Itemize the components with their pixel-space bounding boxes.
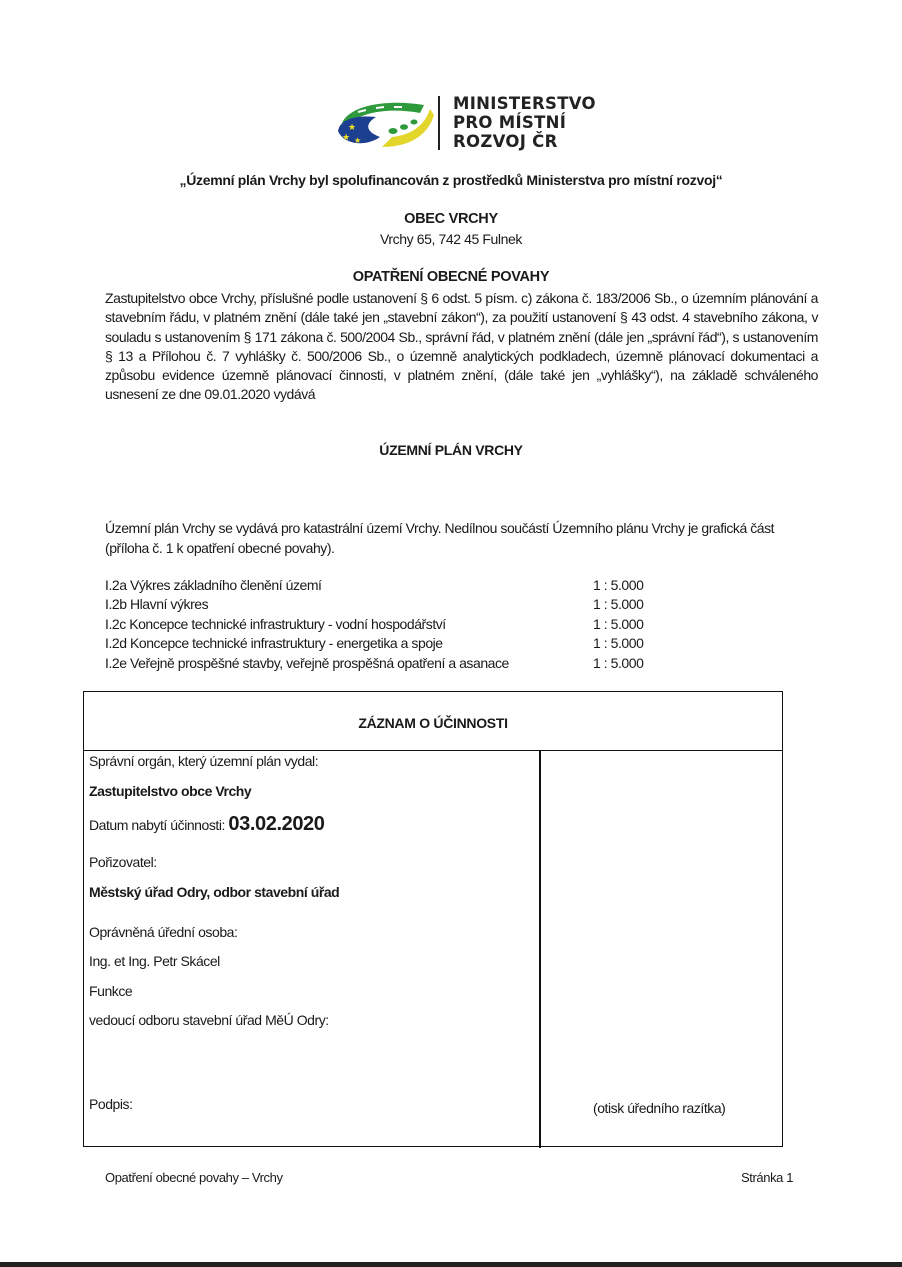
drawing-name: I.2d Koncepce technické infrastruktury -… [105,635,443,651]
function-label: Funkce [89,983,132,999]
drawing-scale: 1 : 5.000 [593,596,643,612]
drawing-item: I.2b Hlavní výkres 1 : 5.000 [105,596,665,615]
effective-date-row: Datum nabytí účinnosti: 03.02.2020 [89,813,325,836]
ministry-emblem-icon: ★ ★ ★ [336,97,434,149]
effective-date-label: Datum nabytí účinnosti: [89,817,228,833]
record-column-divider [539,750,541,1148]
official-person-value: Ing. et Ing. Petr Skácel [89,953,220,969]
drawing-scale: 1 : 5.000 [593,655,643,671]
drawing-item: I.2c Koncepce technické infrastruktury -… [105,616,665,635]
svg-text:★: ★ [354,136,361,145]
function-value: vedoucí odboru stavební úřad MěÚ Odry: [89,1012,329,1028]
funding-note: „Územní plán Vrchy byl spolufinancován z… [0,172,902,188]
ministry-logo: ★ ★ ★ MINISTERSTVO PRO MÍSTNÍ ROZVOJ ČR [336,94,596,154]
procurer-label: Pořizovatel: [89,854,157,870]
ministry-name-line: PRO MÍSTNÍ [453,113,596,132]
stamp-placeholder: (otisk úředního razítka) [593,1100,725,1116]
drawing-scale: 1 : 5.000 [593,616,643,632]
municipality-address: Vrchy 65, 742 45 Fulnek [0,231,902,247]
ministry-name: MINISTERSTVO PRO MÍSTNÍ ROZVOJ ČR [453,94,596,151]
drawing-scale: 1 : 5.000 [593,577,643,593]
page-bottom-edge [0,1262,902,1267]
drawing-item: I.2e Veřejně prospěšné stavby, veřejně p… [105,655,665,674]
svg-text:★: ★ [342,132,350,142]
ministry-name-line: ROZVOJ ČR [453,132,596,151]
measure-title: OPATŘENÍ OBECNÉ POVAHY [0,269,902,285]
plan-title: ÚZEMNÍ PLÁN VRCHY [0,442,902,458]
ministry-name-line: MINISTERSTVO [453,94,596,113]
drawing-name: I.2b Hlavní výkres [105,596,208,612]
footer-document-name: Opatření obecné povahy – Vrchy [105,1170,283,1185]
municipality-name: OBEC VRCHY [0,211,902,227]
record-title: ZÁZNAM O ÚČINNOSTI [84,692,782,751]
official-person-label: Oprávněná úřední osoba: [89,924,237,940]
signature-label: Podpis: [89,1096,133,1112]
svg-text:★: ★ [348,122,356,132]
drawing-name: I.2e Veřejně prospěšné stavby, veřejně p… [105,655,509,671]
drawings-list: I.2a Výkres základního členění území 1 :… [105,577,665,674]
measure-intro: Zastupitelstvo obce Vrchy, příslušné pod… [105,289,818,405]
drawing-scale: 1 : 5.000 [593,635,643,651]
drawing-item: I.2d Koncepce technické infrastruktury -… [105,635,665,654]
effective-date-value: 03.02.2020 [228,813,324,835]
authority-label: Správní orgán, který územní plán vydal: [89,753,318,769]
plan-statement: Územní plán Vrchy se vydává pro katastrá… [105,518,818,558]
procurer-value: Městský úřad Odry, odbor stavební úřad [89,884,339,900]
drawing-item: I.2a Výkres základního členění území 1 :… [105,577,665,596]
drawing-name: I.2c Koncepce technické infrastruktury -… [105,616,446,632]
authority-value: Zastupitelstvo obce Vrchy [89,783,251,799]
logo-separator [438,96,440,150]
drawing-name: I.2a Výkres základního členění území [105,577,321,593]
effectiveness-record-table: ZÁZNAM O ÚČINNOSTI Správní orgán, který … [83,691,783,1147]
footer-page-number: Stránka 1 [741,1170,793,1185]
